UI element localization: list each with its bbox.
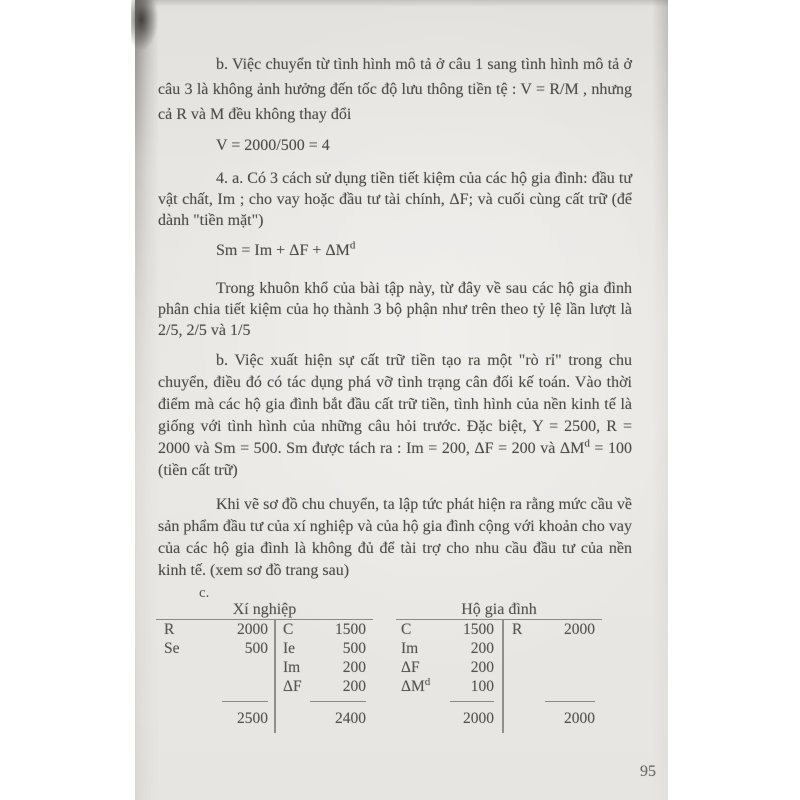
total-rule — [450, 701, 494, 702]
table-row: ΔMd 100 — [396, 677, 502, 696]
paragraph-b-velocity: b. Việc chuyển từ tình hình mô tả ở câu … — [158, 52, 632, 127]
table-row: Im 200 — [396, 639, 502, 658]
total-rule — [310, 701, 366, 702]
row-label: Im — [396, 639, 418, 658]
table-row: C 1500 — [396, 620, 502, 639]
t-accounts: Xí nghiệp R 2000 Se 500 2500 — [156, 601, 602, 733]
page-number: 95 — [640, 763, 656, 781]
household-debit-column: C 1500 Im 200 ΔF 200 ΔMd — [396, 620, 502, 733]
row-label: C — [396, 620, 411, 639]
table-row: Im 200 — [276, 658, 373, 677]
equation-velocity: V = 2000/500 = 4 — [216, 137, 330, 155]
enterprise-debit-column: R 2000 Se 500 2500 — [156, 620, 274, 733]
enterprise-header: Xí nghiệp — [156, 601, 373, 620]
row-label: Se — [156, 639, 180, 658]
row-label-base: ΔM — [401, 678, 425, 695]
household-credit-total: 2000 — [564, 710, 602, 728]
equation-sm-superscript: d — [350, 240, 356, 252]
t-account-household: Hộ gia đình C 1500 Im 200 ΔF 20 — [396, 601, 602, 733]
total-rule — [222, 701, 268, 702]
row-value: 200 — [343, 658, 373, 677]
enterprise-credit-total: 2400 — [335, 710, 373, 728]
page-top-edge-shadow — [135, 0, 668, 7]
row-value: 1500 — [463, 620, 502, 639]
household-body: C 1500 Im 200 ΔF 200 ΔMd — [396, 620, 602, 733]
table-row: ΔF 200 — [276, 677, 373, 696]
household-credit-column: R 2000 2000 — [502, 620, 602, 733]
table-row: R 2000 — [504, 620, 602, 639]
enterprise-body: R 2000 Se 500 2500 C 1500 — [156, 620, 373, 733]
enterprise-debit-total: 2500 — [237, 710, 274, 728]
equation-sm-base: Sm = Im + ΔF + ΔM — [216, 242, 350, 259]
equation-sm: Sm = Im + ΔF + ΔMd — [216, 242, 355, 260]
row-value: 500 — [343, 639, 373, 658]
scanned-book-page: b. Việc chuyển từ tình hình mô tả ở câu … — [135, 0, 668, 800]
item-c-label: c. — [199, 585, 209, 602]
paragraph-khuon-kho: Trong khuôn khổ của bài tập này, từ đây … — [158, 278, 632, 341]
row-value: 100 — [471, 677, 502, 696]
row-label: Ie — [276, 639, 295, 658]
row-label-superscript: d — [425, 676, 431, 688]
household-debit-total: 2000 — [463, 710, 502, 728]
enterprise-credit-column: C 1500 Ie 500 Im 200 ΔF — [274, 620, 373, 733]
table-row: Ie 500 — [276, 639, 373, 658]
page-right-edge-shadow — [652, 0, 668, 800]
table-row: C 1500 — [276, 620, 373, 639]
row-label: ΔF — [396, 658, 420, 677]
row-value: 1500 — [335, 620, 373, 639]
household-header: Hộ gia đình — [396, 601, 602, 620]
table-row: Se 500 — [156, 639, 274, 658]
paragraph-b-hoarding: b. Việc xuất hiện sự cất trữ tiền tạo ra… — [158, 350, 632, 482]
table-row: ΔF 200 — [396, 658, 502, 677]
screenshot-root: b. Việc chuyển từ tình hình mô tả ở câu … — [0, 0, 800, 800]
row-label: R — [504, 620, 522, 639]
row-value: 200 — [471, 658, 502, 677]
row-label: Im — [276, 658, 300, 677]
paragraph-khi-ve: Khi vẽ sơ đồ chu chuyển, ta lập tức phát… — [158, 494, 632, 582]
row-label: R — [156, 620, 174, 639]
table-row: R 2000 — [156, 620, 274, 639]
row-value: 200 — [471, 639, 502, 658]
row-value: 2000 — [237, 620, 274, 639]
total-rule — [545, 701, 595, 702]
row-value: 500 — [245, 639, 274, 658]
paragraph-b-hoarding-seg1: b. Việc xuất hiện sự cất trữ tiền tạo ra… — [158, 352, 632, 457]
row-value: 200 — [343, 677, 373, 696]
t-account-enterprise: Xí nghiệp R 2000 Se 500 2500 — [156, 601, 373, 733]
row-label: C — [276, 620, 293, 639]
row-label: ΔMd — [396, 677, 430, 696]
paragraph-4a-savings: 4. a. Có 3 cách sử dụng tiền tiết kiệm c… — [158, 168, 632, 231]
row-value: 2000 — [564, 620, 602, 639]
row-label: ΔF — [276, 677, 302, 696]
